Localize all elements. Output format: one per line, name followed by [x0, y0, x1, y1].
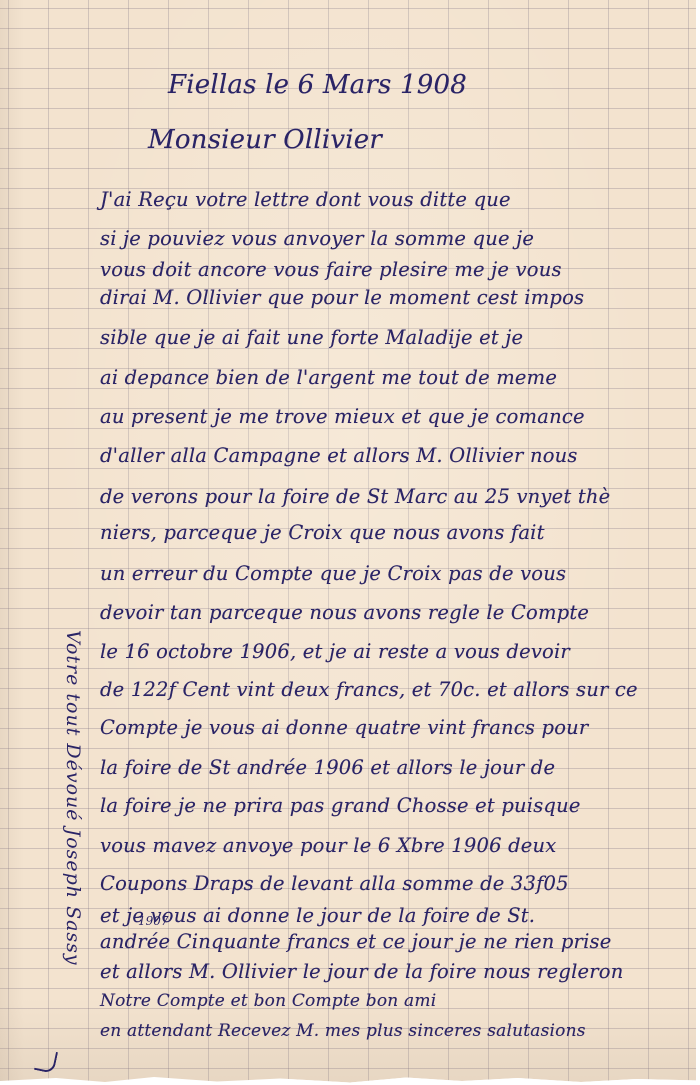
letter-line: Notre Compte et bon Compte bon ami: [100, 991, 436, 1011]
letter-dateline: Fiellas le 6 Mars 1908: [168, 70, 467, 100]
letter-line: si je pouviez vous anvoyer la somme que …: [100, 227, 534, 250]
torn-edge: [0, 1075, 700, 1085]
letter-line: ai depance bien de l'argent me tout de m…: [100, 366, 557, 389]
signature-flourish: [34, 1048, 58, 1074]
letter-line: la foire je ne prira pas grand Chosse et…: [100, 794, 581, 817]
letter-line: niers, parceque je Croix que nous avons …: [100, 521, 545, 544]
letter-line: andrée Cinquante francs et ce jour je ne…: [100, 930, 611, 953]
letter-line: Compte je vous ai donne quatre vint fran…: [100, 716, 588, 739]
letter-line: d'aller alla Campagne et allors M. Olliv…: [100, 444, 578, 467]
letter-line: en attendant Recevez M. mes plus sincere…: [100, 1021, 586, 1041]
letter-line: Coupons Draps de levant alla somme de 33…: [100, 872, 569, 895]
letter-line: sible que je ai fait une forte Maladije …: [100, 326, 523, 349]
letter-line: la foire de St andrée 1906 et allors le …: [100, 756, 555, 779]
letter-line: devoir tan parceque nous avons regle le …: [100, 601, 589, 624]
letter-sheet: Fiellas le 6 Mars 1908 Monsieur Ollivier…: [0, 0, 700, 1085]
letter-line: un erreur du Compte que je Croix pas de …: [100, 562, 566, 585]
letter-line: et allors M. Ollivier le jour de la foir…: [100, 960, 624, 983]
letter-salutation: Monsieur Ollivier: [148, 125, 382, 155]
letter-line: vous doit ancore vous faire plesire me j…: [100, 258, 562, 281]
page-edge: [696, 0, 700, 1085]
letter-line: J'ai Reçu votre lettre dont vous ditte q…: [100, 188, 511, 211]
margin-signature: Votre tout Dévoué Joseph Sassy: [62, 630, 84, 966]
letter-line: dirai M. Ollivier que pour le moment ces…: [100, 286, 584, 309]
letter-line: le 16 octobre 1906, et je ai reste a vou…: [100, 640, 570, 663]
letter-line: vous mavez anvoye pour le 6 Xbre 1906 de…: [100, 834, 556, 857]
letter-line: de verons pour la foire de St Marc au 25…: [100, 485, 610, 508]
superscript-year-note: 1907: [138, 914, 169, 928]
letter-line: de 122f Cent vint deux francs, et 70c. e…: [100, 678, 638, 701]
letter-line: au present je me trove mieux et que je c…: [100, 405, 585, 428]
